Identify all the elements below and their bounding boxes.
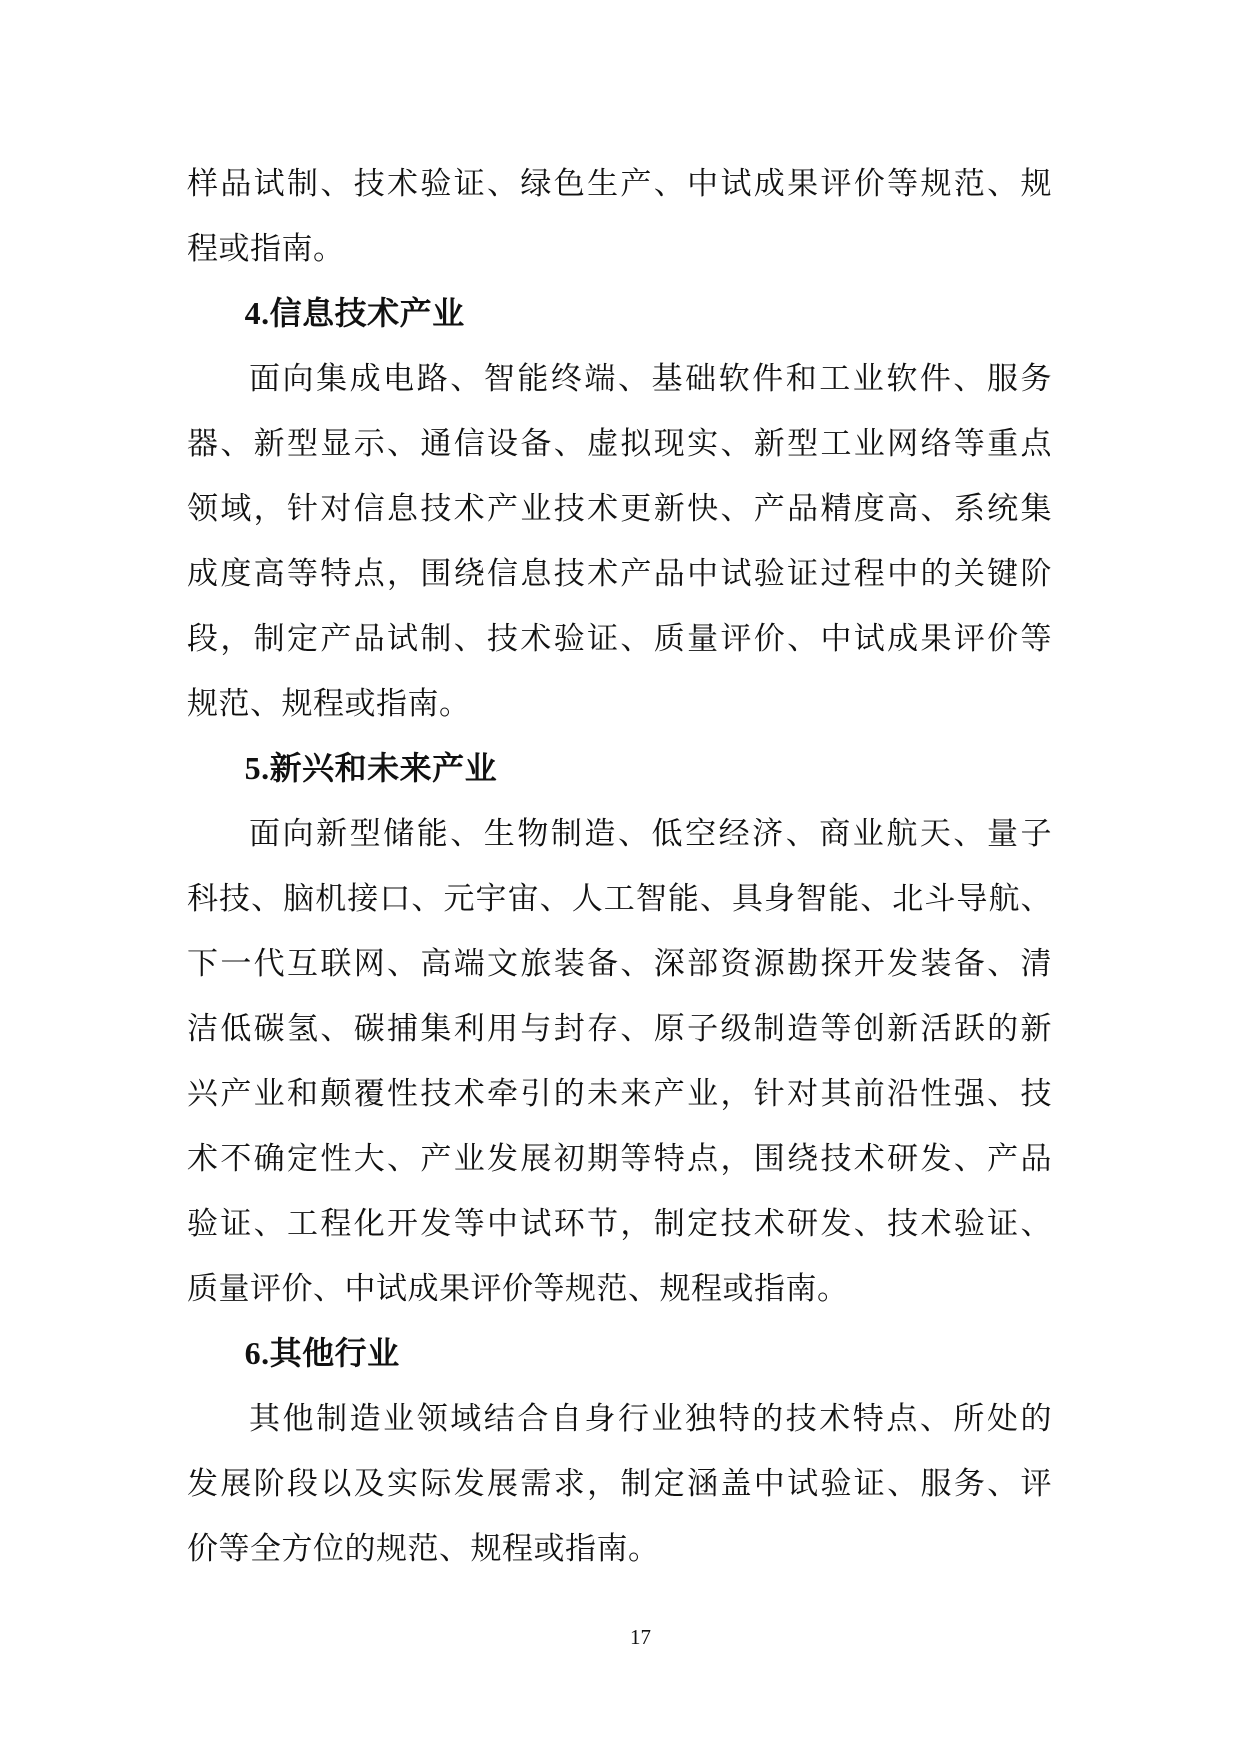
body-line: 发展阶段以及实际发展需求，制定涵盖中试验证、服务、评: [187, 1451, 1052, 1516]
body-line: 洁低碳氢、碳捕集利用与封存、原子级制造等创新活跃的新: [187, 996, 1052, 1061]
body-line: 下一代互联网、高端文旅装备、深部资源勘探开发装备、清: [187, 931, 1052, 996]
body-line: 器、新型显示、通信设备、虚拟现实、新型工业网络等重点: [187, 411, 1052, 476]
body-line: 领域，针对信息技术产业技术更新快、产品精度高、系统集: [187, 476, 1052, 541]
body-line: 验证、工程化开发等中试环节，制定技术研发、技术验证、: [187, 1191, 1052, 1256]
body-line: 段，制定产品试制、技术验证、质量评价、中试成果评价等: [187, 606, 1052, 671]
body-line: 规范、规程或指南。: [187, 671, 1052, 736]
section-heading-4: 4.信息技术产业: [187, 281, 1052, 346]
document-page: 样品试制、技术验证、绿色生产、中试成果评价等规范、规 程或指南。 4.信息技术产…: [0, 0, 1241, 1754]
page-number: 17: [0, 1622, 1241, 1652]
body-line: 其他制造业领域结合自身行业独特的技术特点、所处的: [187, 1386, 1052, 1451]
section-heading-6: 6.其他行业: [187, 1321, 1052, 1386]
body-line: 术不确定性大、产业发展初期等特点，围绕技术研发、产品: [187, 1126, 1052, 1191]
body-line: 面向新型储能、生物制造、低空经济、商业航天、量子: [187, 801, 1052, 866]
body-line: 样品试制、技术验证、绿色生产、中试成果评价等规范、规: [187, 151, 1052, 216]
body-line: 兴产业和颠覆性技术牵引的未来产业，针对其前沿性强、技: [187, 1061, 1052, 1126]
body-line: 程或指南。: [187, 216, 1052, 281]
body-line: 面向集成电路、智能终端、基础软件和工业软件、服务: [187, 346, 1052, 411]
text-block: 样品试制、技术验证、绿色生产、中试成果评价等规范、规 程或指南。 4.信息技术产…: [187, 151, 1052, 1581]
body-line: 科技、脑机接口、元宇宙、人工智能、具身智能、北斗导航、: [187, 866, 1052, 931]
section-heading-5: 5.新兴和未来产业: [187, 736, 1052, 801]
body-line: 成度高等特点，围绕信息技术产品中试验证过程中的关键阶: [187, 541, 1052, 606]
body-line: 价等全方位的规范、规程或指南。: [187, 1516, 1052, 1581]
body-line: 质量评价、中试成果评价等规范、规程或指南。: [187, 1256, 1052, 1321]
